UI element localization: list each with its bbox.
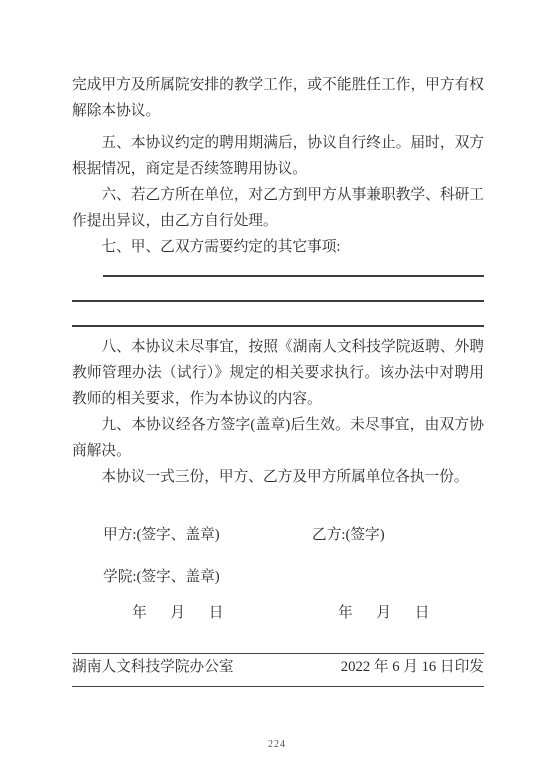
clause-five: 五、本协议约定的聘用期满后，协议自行终止。届时，双方根据情况，商定是否续签聘用协… <box>72 130 484 182</box>
school-signature-label: 学院:(签字、盖章) <box>103 564 220 590</box>
footer-row: 湖南人文科技学院办公室 2022 年 6 月 16 日印发 <box>72 654 484 680</box>
date-line-party-a: 年 月 日 <box>132 600 223 626</box>
clause-four-continuation: 完成甲方及所属院安排的教学工作，或不能胜任工作，甲方有权解除本协议。 <box>72 72 484 124</box>
print-date: 2022 年 6 月 16 日印发 <box>341 654 484 680</box>
year-label: 年 <box>132 605 147 621</box>
copies-clause: 本协议一式三份，甲方、乙方及甲方所属单位各执一份。 <box>72 464 484 490</box>
date-line-party-b: 年 月 日 <box>338 600 429 626</box>
page-number: 224 <box>0 739 554 751</box>
fill-in-line-1 <box>103 275 484 277</box>
clause-eight: 八、本协议未尽事宜，按照《湖南人文科技学院返聘、外聘教师管理办法（试行）》规定的… <box>72 334 484 412</box>
issuing-office: 湖南人文科技学院办公室 <box>72 654 234 680</box>
month-label: 月 <box>376 605 391 621</box>
document-body: 完成甲方及所属院安排的教学工作，或不能胜任工作，甲方有权解除本协议。 五、本协议… <box>72 0 484 626</box>
day-label: 日 <box>415 605 430 621</box>
year-label: 年 <box>338 605 353 621</box>
fill-in-line-2 <box>72 300 484 302</box>
signature-row-parties: 甲方:(签字、盖章) 乙方:(签字) <box>72 522 484 548</box>
footer-rule-bottom <box>72 686 484 687</box>
date-row: 年 月 日 年 月 日 <box>72 600 484 626</box>
day-label: 日 <box>209 605 224 621</box>
clause-six: 六、若乙方所在单位，对乙方到甲方从事兼职教学、科研工作提出异议，由乙方自行处理。 <box>72 182 484 234</box>
document-page: 完成甲方及所属院安排的教学工作，或不能胜任工作，甲方有权解除本协议。 五、本协议… <box>0 0 554 783</box>
clause-nine: 九、本协议经各方签字(盖章)后生效。未尽事宜，由双方协商解决。 <box>72 412 484 464</box>
clause-seven: 七、甲、乙双方需要约定的其它事项: <box>72 234 484 260</box>
fill-in-line-3 <box>72 325 484 327</box>
party-b-signature-label: 乙方:(签字) <box>312 522 385 548</box>
month-label: 月 <box>170 605 185 621</box>
document-footer: 湖南人文科技学院办公室 2022 年 6 月 16 日印发 <box>72 653 484 687</box>
signature-row-school: 学院:(签字、盖章) <box>72 564 484 590</box>
party-a-signature-label: 甲方:(签字、盖章) <box>103 522 220 548</box>
